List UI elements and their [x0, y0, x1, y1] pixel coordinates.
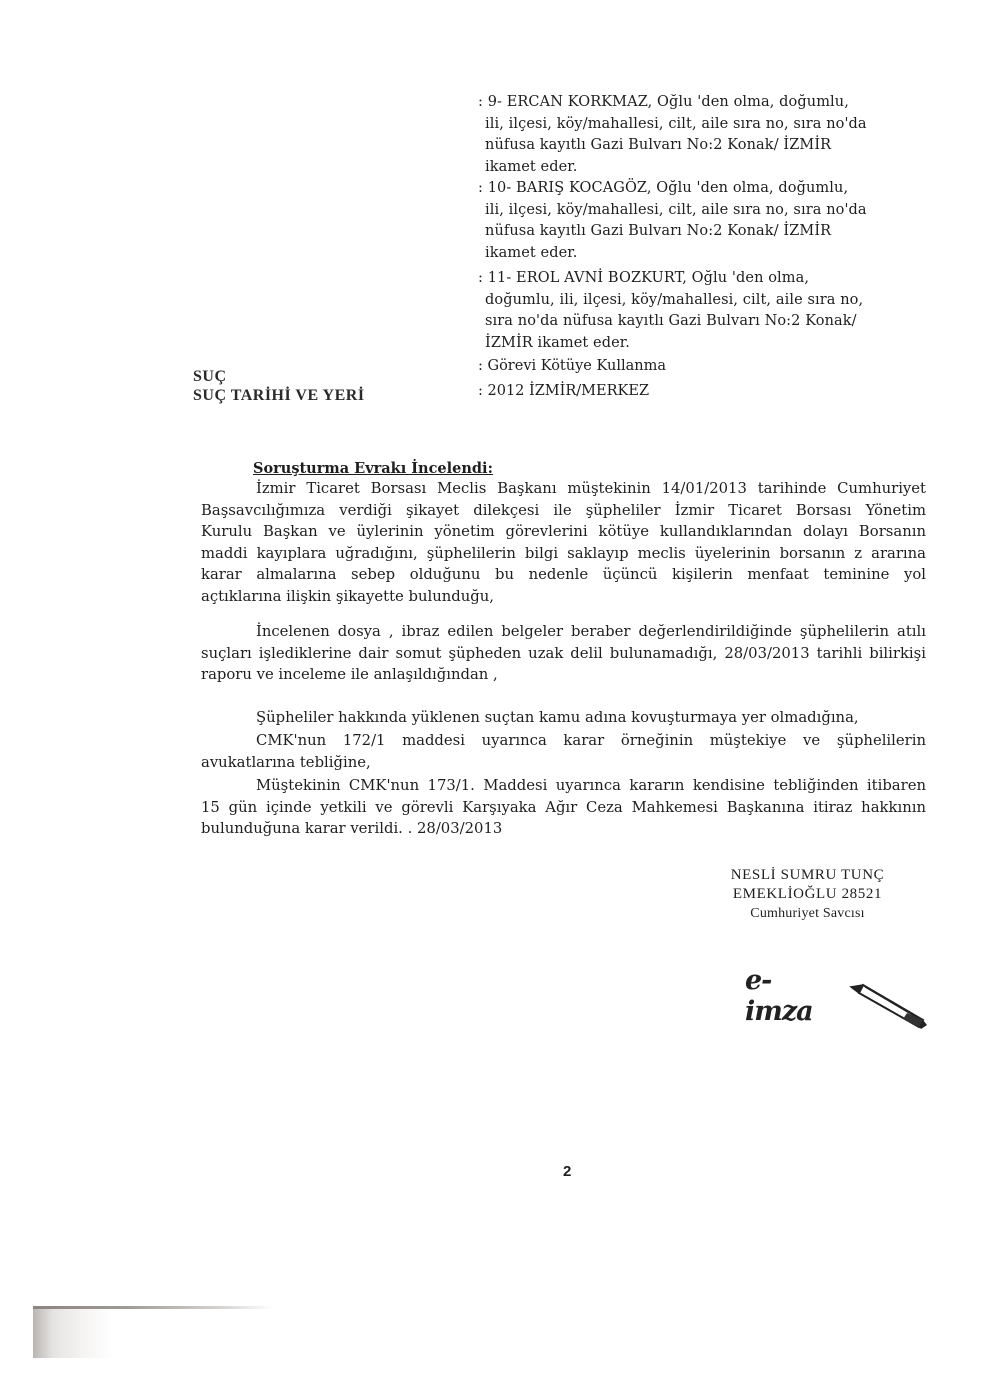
- suspect-line: ikamet eder.: [478, 243, 867, 265]
- suspect-line: doğumlu, ili, ilçesi, köy/mahallesi, cil…: [478, 290, 863, 312]
- text-line: Müştekinin CMK'nun 173/1. Maddesi uyarın…: [201, 775, 926, 797]
- paragraph-complaint: İzmir Ticaret Borsası Meclis Başkanı müş…: [201, 478, 926, 608]
- signatory-name: NESLİ SUMRU TUNÇ: [700, 866, 915, 885]
- suspect-line: : 9- ERCAN KORKMAZ, Oğlu 'den olma, doğu…: [478, 92, 867, 114]
- pen-icon: [745, 965, 935, 1035]
- signatory-name-registry: EMEKLİOĞLU 28521: [700, 885, 915, 904]
- paragraph-review: İncelenen dosya , ibraz edilen belgeler …: [201, 621, 926, 686]
- text-line: Kurulu Başkan ve üylerinin yönetim görev…: [201, 521, 926, 543]
- crime-date-label: SUÇ TARİHİ VE YERİ: [193, 387, 365, 405]
- text-line: Başsavcılığımıza verdiği şikayet dilekçe…: [201, 500, 926, 522]
- suspect-line: sıra no'da nüfusa kayıtlı Gazi Bulvarı N…: [478, 311, 863, 333]
- text-line: İzmir Ticaret Borsası Meclis Başkanı müş…: [201, 478, 926, 500]
- suspect-entry-9: : 9- ERCAN KORKMAZ, Oğlu 'den olma, doğu…: [478, 92, 867, 178]
- suspect-line: : 11- EROL AVNİ BOZKURT, Oğlu 'den olma,: [478, 268, 863, 290]
- paragraph-decision: Şüpheliler hakkında yüklenen suçtan kamu…: [201, 707, 926, 729]
- crime-date-value: : 2012 İZMİR/MERKEZ: [478, 383, 649, 399]
- text-line: bulunduğuna karar verildi. . 28/03/2013: [201, 818, 926, 840]
- text-line: avukatlarına tebliğine,: [201, 752, 926, 774]
- text-line: 15 gün içinde yetkili ve görevli Karşıya…: [201, 797, 926, 819]
- scan-edge-line: [33, 1306, 273, 1309]
- text-line: CMK'nun 172/1 maddesi uyarınca karar örn…: [201, 730, 926, 752]
- text-line: suçları işlediklerine dair somut şüphede…: [201, 643, 926, 665]
- text-line: açtıklarına ilişkin şikayette bulunduğu,: [201, 586, 926, 608]
- text-line: maddi kayıplara uğradığını, şüphelilerin…: [201, 543, 926, 565]
- signature-block: NESLİ SUMRU TUNÇ EMEKLİOĞLU 28521 Cumhur…: [700, 866, 915, 923]
- paragraph-notification: CMK'nun 172/1 maddesi uyarınca karar örn…: [201, 730, 926, 773]
- suspect-line: : 10- BARIŞ KOCAGÖZ, Oğlu 'den olma, doğ…: [478, 178, 867, 200]
- suspect-line: ikamet eder.: [478, 157, 867, 179]
- signatory-title: Cumhuriyet Savcısı: [700, 904, 915, 923]
- crime-label: SUÇ: [193, 368, 227, 386]
- text-line: İncelenen dosya , ibraz edilen belgeler …: [201, 621, 926, 643]
- suspect-entry-11: : 11- EROL AVNİ BOZKURT, Oğlu 'den olma,…: [478, 268, 863, 354]
- suspect-line: İZMİR ikamet eder.: [478, 333, 863, 355]
- crime-value: : Görevi Kötüye Kullanma: [478, 358, 666, 374]
- suspect-line: ili, ilçesi, köy/mahallesi, cilt, aile s…: [478, 114, 867, 136]
- suspect-entry-10: : 10- BARIŞ KOCAGÖZ, Oğlu 'den olma, doğ…: [478, 178, 867, 264]
- suspect-line: nüfusa kayıtlı Gazi Bulvarı No:2 Konak/ …: [478, 135, 867, 157]
- text-line: raporu ve inceleme ile anlaşıldığından ,: [201, 664, 926, 686]
- section-heading: Soruşturma Evrakı İncelendi:: [253, 460, 493, 477]
- suspect-line: ili, ilçesi, köy/mahallesi, cilt, aile s…: [478, 200, 867, 222]
- page-number: 2: [563, 1163, 571, 1180]
- text-line: karar almalarına sebep olduğunu bu neden…: [201, 564, 926, 586]
- paragraph-appeal: Müştekinin CMK'nun 173/1. Maddesi uyarın…: [201, 775, 926, 840]
- text-line: Şüpheliler hakkında yüklenen suçtan kamu…: [201, 707, 926, 729]
- suspect-line: nüfusa kayıtlı Gazi Bulvarı No:2 Konak/ …: [478, 221, 867, 243]
- scan-artifact: [33, 1306, 113, 1358]
